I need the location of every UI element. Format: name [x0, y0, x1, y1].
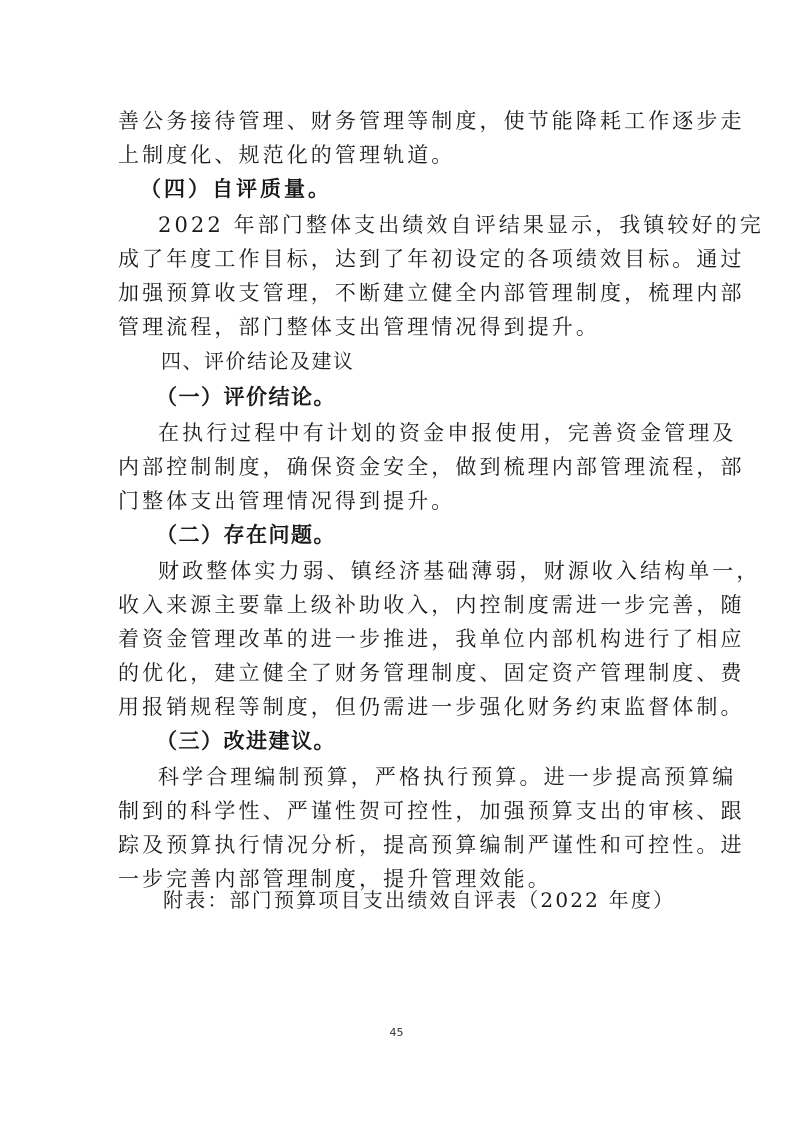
heading-improvement-suggestions: （三）改进建议。: [118, 724, 684, 760]
paragraph-improvement-suggestions: 科学合理编制预算，严格执行预算。进一步提高预算编 制到的科学性、严谨性贺可控性，…: [118, 760, 684, 896]
text-line: 着资金管理改革的进一步推进，我单位内部机构进行了相应: [118, 622, 684, 656]
text-line: 科学合理编制预算，严格执行预算。进一步提高预算编: [118, 760, 684, 794]
heading-self-evaluation-quality: （四）自评质量。: [118, 172, 684, 208]
text-line: 的优化，建立健全了财务管理制度、固定资产管理制度、费: [118, 656, 684, 690]
text-line: 2022 年部门整体支出绩效自评结果显示，我镇较好的完: [118, 208, 684, 242]
text-line: 上制度化、规范化的管理轨道。: [118, 138, 684, 172]
page-number: 45: [0, 1026, 793, 1039]
text-line: 财政整体实力弱、镇经济基础薄弱，财源收入结构单一，: [118, 554, 684, 588]
heading-conclusions-and-suggestions: 四、评价结论及建议: [118, 344, 684, 380]
text-line: 管理流程，部门整体支出管理情况得到提升。: [118, 310, 684, 344]
document-page: 善公务接待管理、财务管理等制度，使节能降耗工作逐步走 上制度化、规范化的管理轨道…: [118, 104, 684, 896]
heading-existing-problems: （二）存在问题。: [118, 518, 684, 554]
text-line: 门整体支出管理情况得到提升。: [118, 484, 684, 518]
text-line: 收入来源主要靠上级补助收入，内控制度需进一步完善，随: [118, 588, 684, 622]
text-line: 踪及预算执行情况分析，提高预算编制严谨性和可控性。进: [118, 828, 684, 862]
text-line: 善公务接待管理、财务管理等制度，使节能降耗工作逐步走: [118, 104, 684, 138]
paragraph-evaluation-conclusion: 在执行过程中有计划的资金申报使用，完善资金管理及 内部控制制度，确保资金安全，做…: [118, 416, 684, 518]
attachment-note: 附表：部门预算项目支出绩效自评表（2022 年度）: [163, 884, 675, 913]
text-line: 加强预算收支管理，不断建立健全内部管理制度，梳理内部: [118, 276, 684, 310]
paragraph-self-evaluation-quality: 2022 年部门整体支出绩效自评结果显示，我镇较好的完 成了年度工作目标，达到了…: [118, 208, 684, 344]
paragraph-existing-problems: 财政整体实力弱、镇经济基础薄弱，财源收入结构单一， 收入来源主要靠上级补助收入，…: [118, 554, 684, 724]
text-line: 内部控制制度，确保资金安全，做到梳理内部管理流程，部: [118, 450, 684, 484]
text-line: 制到的科学性、严谨性贺可控性，加强预算支出的审核、跟: [118, 794, 684, 828]
text-line: 成了年度工作目标，达到了年初设定的各项绩效目标。通过: [118, 242, 684, 276]
heading-evaluation-conclusion: （一）评价结论。: [118, 380, 684, 416]
text-line: 在执行过程中有计划的资金申报使用，完善资金管理及: [118, 416, 684, 450]
text-line: 用报销规程等制度，但仍需进一步强化财务约束监督体制。: [118, 690, 684, 724]
intro-paragraph: 善公务接待管理、财务管理等制度，使节能降耗工作逐步走 上制度化、规范化的管理轨道…: [118, 104, 684, 172]
